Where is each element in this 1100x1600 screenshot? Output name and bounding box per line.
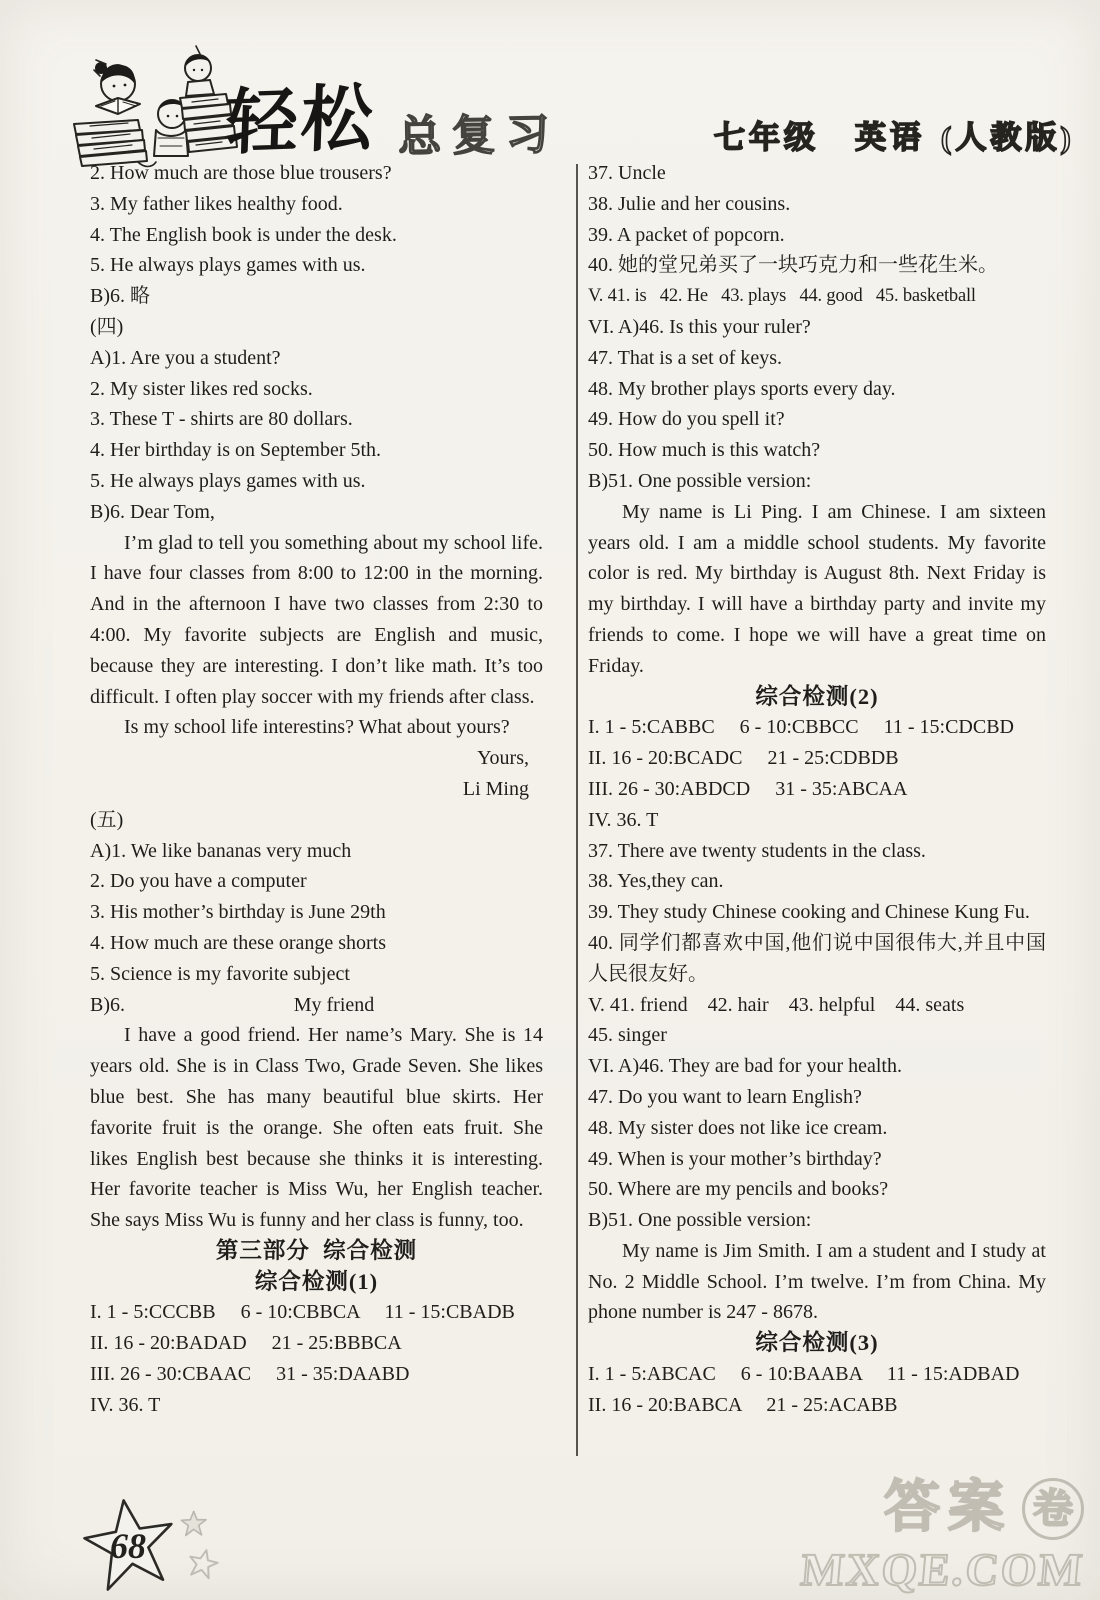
text-line: B)6.My friend [90, 990, 543, 1021]
text-line: 3. My father likes healthy food. [90, 189, 543, 220]
text-line: 综合检测(2) [588, 682, 1046, 713]
text-line: 47. That is a set of keys. [588, 343, 1046, 374]
text-line: VI. A)46. They are bad for your health. [588, 1051, 1046, 1082]
page-number-star-icon: 68 [74, 1488, 224, 1600]
text-line: 37. Uncle [588, 158, 1046, 189]
watermark-answer-text: 答案卷 [801, 1463, 1084, 1543]
text-line: I. 1 - 5:CCCBB 6 - 10:CBBCA 11 - 15:CBAD… [90, 1297, 543, 1328]
text-line: 37. There ave twenty students in the cla… [588, 836, 1046, 867]
text-line: II. 16 - 20:BADAD 21 - 25:BBBCA [90, 1328, 543, 1359]
text-line: 2. My sister likes red socks. [90, 374, 543, 405]
text-line: 49. When is your mother’s birthday? [588, 1144, 1046, 1175]
subject-label: 英语 [855, 112, 925, 157]
text-line: 2. How much are those blue trousers? [90, 158, 543, 189]
watermark: 答案卷 MXQE.COM [801, 1463, 1084, 1596]
text-line: I have a good friend. Her name’s Mary. S… [90, 1020, 543, 1236]
text-line: I. 1 - 5:ABCAC 6 - 10:BAABA 11 - 15:ADBA… [588, 1359, 1046, 1390]
text-line: II. 16 - 20:BABCA 21 - 25:ACABB [588, 1390, 1046, 1421]
text-line: 48. My brother plays sports every day. [588, 374, 1046, 405]
text-line: 38. Yes,they can. [588, 866, 1046, 897]
text-line: My name is Jim Smith. I am a student and… [588, 1236, 1046, 1328]
text-line: B)6. Dear Tom, [90, 497, 543, 528]
kids-reading-on-books-icon [68, 38, 240, 176]
answer-column-right: 37. Uncle38. Julie and her cousins.39. A… [588, 158, 1046, 1421]
text-line: III. 26 - 30:ABDCD 31 - 35:ABCAA [588, 774, 1046, 805]
text-line: 4. Her birthday is on September 5th. [90, 435, 543, 466]
text-line: 5. Science is my favorite subject [90, 959, 543, 990]
text-line: II. 16 - 20:BCADC 21 - 25:CDBDB [588, 743, 1046, 774]
text-line: 4. The English book is under the desk. [90, 220, 543, 251]
watermark-site-url: MXQE.COM [799, 1543, 1087, 1596]
text-line: A)1. Are you a student? [90, 343, 543, 374]
essay-title: My friend [125, 990, 543, 1021]
text-line: 40. 同学们都喜欢中国,他们说中国很伟大,并且中国人民很友好。 [588, 928, 1046, 990]
text-line: I. 1 - 5:CABBC 6 - 10:CBBCC 11 - 15:CDCB… [588, 712, 1046, 743]
item-label: B)6. [90, 990, 125, 1021]
text-line: 第三部分 综合检测 [90, 1236, 543, 1267]
grade-label: 七年级 [714, 112, 819, 157]
text-line: B)51. One possible version: [588, 1205, 1046, 1236]
watermark-circle-badge-icon: 卷 [1022, 1478, 1084, 1540]
text-line: 3. These T - shirts are 80 dollars. [90, 404, 543, 435]
series-subtitle: 总复习 [397, 101, 560, 165]
text-line: 38. Julie and her cousins. [588, 189, 1046, 220]
text-line: 3. His mother’s birthday is June 29th [90, 897, 543, 928]
scanned-workbook-page: 轻松 总复习 七年级 英语 (人教版) 2. How much are thos… [0, 0, 1100, 1600]
text-line: (五) [90, 805, 543, 836]
text-line: 综合检测(3) [588, 1328, 1046, 1359]
publisher-label: (人教版) [941, 112, 1075, 157]
text-line: B)51. One possible version: [588, 466, 1046, 497]
series-title: 轻松 [224, 59, 378, 168]
text-line: My name is Li Ping. I am Chinese. I am s… [588, 497, 1046, 682]
text-line: 综合检测(1) [90, 1267, 543, 1298]
text-line: A)1. We like bananas very much [90, 836, 543, 867]
text-line: V. 41. is 42. He 43. plays 44. good 45. … [588, 281, 1046, 312]
page-number: 68 [110, 1526, 146, 1566]
text-line: 47. Do you want to learn English? [588, 1082, 1046, 1113]
text-line: 5. He always plays games with us. [90, 466, 543, 497]
book-edition-title: 七年级 英语 (人教版) [714, 112, 1075, 157]
text-line: I’m glad to tell you something about my … [90, 528, 543, 713]
text-line: Li Ming [90, 774, 543, 805]
text-line: 50. How much is this watch? [588, 435, 1046, 466]
text-line: 49. How do you spell it? [588, 404, 1046, 435]
text-line: 4. How much are these orange shorts [90, 928, 543, 959]
text-line: 40. 她的堂兄弟买了一块巧克力和一些花生米。 [588, 250, 1046, 281]
text-line: 39. They study Chinese cooking and Chine… [588, 897, 1046, 928]
text-line: (四) [90, 312, 543, 343]
text-line: Is my school life interestins? What abou… [90, 712, 543, 743]
text-line: B)6. 略 [90, 281, 543, 312]
text-line: Yours, [90, 743, 543, 774]
text-line: 50. Where are my pencils and books? [588, 1174, 1046, 1205]
text-line: 39. A packet of popcorn. [588, 220, 1046, 251]
text-line: IV. 36. T [90, 1390, 543, 1421]
text-line: 5. He always plays games with us. [90, 250, 543, 281]
text-line: V. 41. friend 42. hair 43. helpful 44. s… [588, 990, 1046, 1021]
column-divider [576, 164, 578, 1456]
answer-column-left: 2. How much are those blue trousers?3. M… [90, 158, 543, 1421]
text-line: 2. Do you have a computer [90, 866, 543, 897]
text-line: 48. My sister does not like ice cream. [588, 1113, 1046, 1144]
text-line: VI. A)46. Is this your ruler? [588, 312, 1046, 343]
text-line: 45. singer [588, 1020, 1046, 1051]
text-line: IV. 36. T [588, 805, 1046, 836]
text-line: III. 26 - 30:CBAAC 31 - 35:DAABD [90, 1359, 543, 1390]
